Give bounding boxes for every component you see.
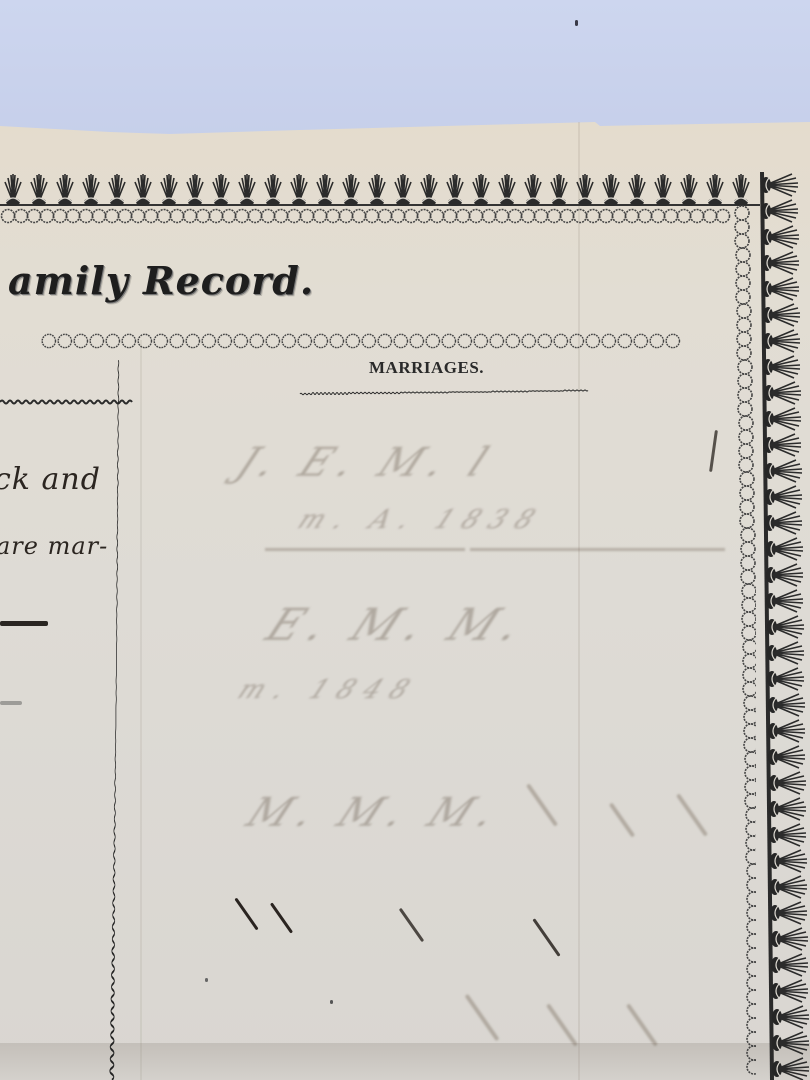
marriage-entry-3-name: M. M. M. (239, 790, 511, 836)
faded-pen-stroke (0, 701, 22, 705)
document-title: amily Record. (8, 258, 314, 303)
handwriting-left-line-1: ck and (0, 462, 101, 497)
entry-1-rule-b (470, 548, 725, 551)
marriage-entry-2-name: E. M. M. (258, 600, 538, 651)
ornamental-chain-border-right (732, 205, 756, 1080)
marriages-header: MARRIAGES. (369, 358, 484, 378)
ornamental-fan-border-top (0, 172, 760, 208)
entry-1-rule-a (265, 548, 465, 551)
background-surface (0, 0, 810, 140)
ornamental-chain-border-top (0, 208, 740, 224)
wavy-rule-marriages (155, 388, 735, 396)
pen-underline-stroke (0, 621, 48, 626)
paper-fold-vertical (578, 122, 580, 1080)
marriage-entry-2-date: m. 1848 (233, 675, 424, 705)
dust-speck (575, 20, 578, 26)
ornamental-chain-divider (0, 333, 735, 349)
marriage-entry-1-name: J. E. M. l (229, 440, 503, 486)
handwriting-left-line-2: are mar- (0, 532, 108, 560)
wavy-column-divider (108, 360, 120, 1080)
dust-speck (205, 978, 208, 982)
marriage-entry-1-date: m. A. 1838 (293, 505, 550, 535)
dust-speck (330, 1000, 333, 1004)
paper-fold-horizontal (0, 1043, 810, 1080)
paper-fold-vertical-left (140, 340, 142, 1080)
ornamental-fan-border-right (752, 172, 810, 1080)
